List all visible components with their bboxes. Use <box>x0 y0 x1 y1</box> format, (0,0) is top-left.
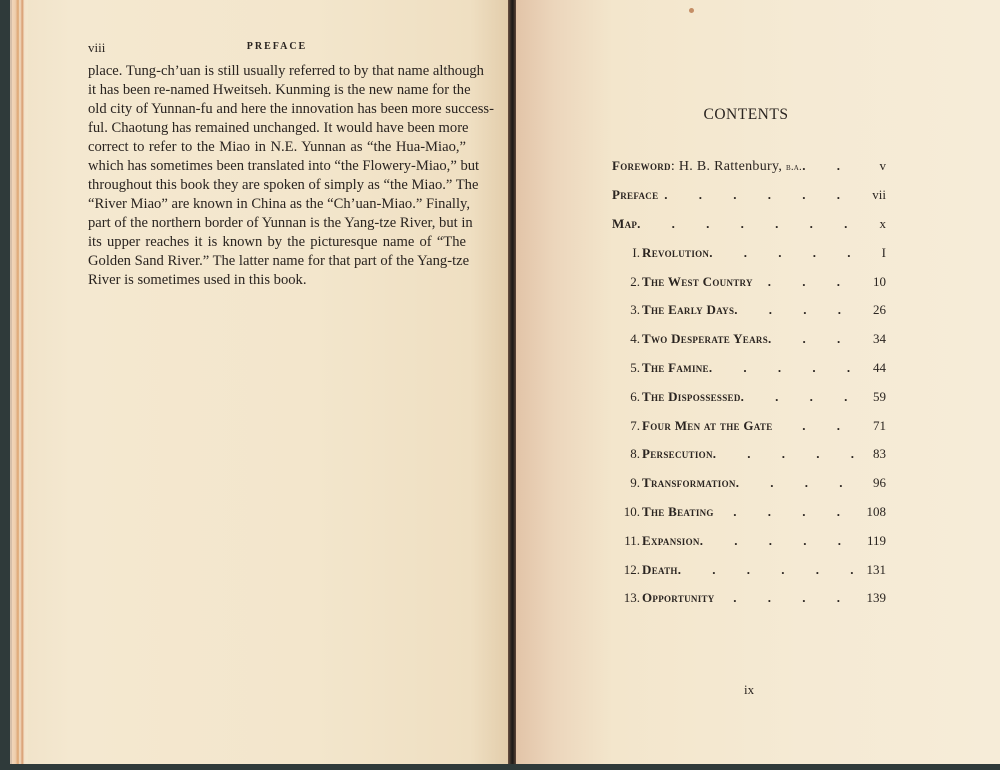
toc-page-number: 44 <box>864 360 886 376</box>
toc-number: 7. <box>612 418 642 434</box>
toc-entry-chapter-12[interactable]: 12. Death . . . . . . 131 <box>612 555 886 584</box>
toc-page-number: 119 <box>864 533 886 549</box>
toc-entry-chapter-10[interactable]: 10. The Beating . . . . 108 <box>612 498 886 527</box>
toc-label-suffix: : H. B. Rattenbury, <box>671 159 786 174</box>
toc-page-number: I <box>864 245 886 261</box>
toc-leader-dots: . . . . <box>714 504 864 520</box>
text-line: place. Tung-ch’uan is still usually refe… <box>88 62 466 81</box>
open-book-spread: viii PREFACE place. Tung-ch’uan is still… <box>0 0 1000 770</box>
toc-leader-dots: . . . . . . <box>658 187 864 203</box>
toc-label: Persecution <box>642 446 713 462</box>
toc-leader-dots: . . . <box>768 331 864 347</box>
toc-label: The Dispossessed <box>642 389 741 405</box>
toc-page-number: 71 <box>864 418 886 434</box>
text-line: correct to refer to the Miao in N.E. Yun… <box>88 138 466 157</box>
text-line: part of the northern border of Yunnan is… <box>88 214 466 233</box>
toc-label: Foreword: H. B. Rattenbury, b.a. <box>612 158 802 175</box>
toc-label: Expansion <box>642 533 700 549</box>
toc-entry-chapter-8[interactable]: 8. Persecution . . . . . 83 <box>612 440 886 469</box>
toc-number: 11. <box>612 533 642 549</box>
toc-label: The Beating <box>642 504 714 520</box>
toc-page-number: 34 <box>864 331 886 347</box>
toc-label-degree: b.a. <box>786 162 802 173</box>
toc-entry-chapter-11[interactable]: 11. Expansion . . . . . 119 <box>612 526 886 555</box>
running-head: viii PREFACE <box>88 40 466 58</box>
toc-number: 12. <box>612 562 642 578</box>
toc-entry-chapter-2[interactable]: 2. The West Country . . . 10 <box>612 267 886 296</box>
toc-entry-chapter-3[interactable]: 3. The Early Days . . . . . 26 <box>612 296 886 325</box>
toc-leader-dots: . . . <box>753 274 864 290</box>
toc-leader-dots: . . . . . <box>736 475 864 491</box>
toc-entry-chapter-6[interactable]: 6. The Dispossessed . . . . 59 <box>612 382 886 411</box>
toc-label: Death <box>642 562 678 578</box>
toc-leader-dots: . . . . . <box>700 533 864 549</box>
toc-leader-dots: . . . . . <box>713 446 864 462</box>
toc-label: Revolution <box>642 245 709 261</box>
bottom-edge <box>0 764 1000 770</box>
toc-page-number: 108 <box>864 504 886 520</box>
foxing-spot <box>689 8 694 13</box>
toc-number: I. <box>612 245 642 261</box>
toc-leader-dots: . . . . . . <box>709 245 864 261</box>
toc-leader-dots: . . . . . . . <box>637 216 864 232</box>
text-line: Golden Sand River.” The latter name for … <box>88 252 466 271</box>
running-head-title: PREFACE <box>88 41 466 52</box>
text-line: River is sometimes used in this book. <box>88 271 466 290</box>
toc-leader-dots: . . . . . . <box>709 360 864 376</box>
toc-leader-dots: . . . . <box>715 590 864 606</box>
toc-number: 10. <box>612 504 642 520</box>
toc-page-number: 96 <box>864 475 886 491</box>
toc-label: The Famine <box>642 360 709 376</box>
book-gutter <box>508 0 516 770</box>
toc-label: Map <box>612 216 637 232</box>
page-number-right: ix <box>744 682 754 698</box>
toc-number: 3. <box>612 302 642 318</box>
toc-page-number: x <box>864 216 886 232</box>
toc-number: 8. <box>612 446 642 462</box>
toc-label: Four Men at the Gate <box>642 418 773 434</box>
toc-page-number: 139 <box>864 590 886 606</box>
toc-leader-dots: . . <box>773 418 864 434</box>
page-edge-stack <box>10 0 28 766</box>
toc-number: 13. <box>612 590 642 606</box>
preface-paragraph: place. Tung-ch’uan is still usually refe… <box>88 62 466 290</box>
toc-leader-dots: . . . . <box>741 389 864 405</box>
toc-entry-map[interactable]: Map . . . . . . . x <box>612 210 886 239</box>
toc-entry-chapter-1[interactable]: I. Revolution . . . . . . I <box>612 238 886 267</box>
toc-page-number: 131 <box>864 562 886 578</box>
toc-number: 2. <box>612 274 642 290</box>
toc-leader-dots: . . <box>802 158 864 174</box>
text-line: it has been re-named Hweitseh. Kunming i… <box>88 81 466 100</box>
toc-entry-chapter-9[interactable]: 9. Transformation . . . . . 96 <box>612 469 886 498</box>
text-line: which has sometimes been translated into… <box>88 157 466 176</box>
toc-entry-preface[interactable]: Preface . . . . . . vii <box>612 181 886 210</box>
toc-entry-chapter-7[interactable]: 7. Four Men at the Gate . . 71 <box>612 411 886 440</box>
toc-entry-foreword[interactable]: Foreword: H. B. Rattenbury, b.a. . . v <box>612 152 886 181</box>
toc-page-number: 83 <box>864 446 886 462</box>
contents-heading: CONTENTS <box>516 106 976 124</box>
text-line: throughout this book they are spoken of … <box>88 176 466 195</box>
text-line: “River Miao” are known in China as the “… <box>88 195 466 214</box>
toc-label: The Early Days <box>642 302 734 318</box>
text-line: old city of Yunnan-fu and here the innov… <box>88 100 466 119</box>
text-line: ful. Chaotung has remained unchanged. It… <box>88 119 466 138</box>
toc-leader-dots: . . . . . . <box>678 562 864 578</box>
toc-page-number: v <box>864 158 886 174</box>
toc-label-text: Foreword <box>612 158 671 173</box>
toc-number: 4. <box>612 331 642 347</box>
table-of-contents: Foreword: H. B. Rattenbury, b.a. . . v P… <box>612 152 886 613</box>
toc-label: Two Desperate Years <box>642 331 768 347</box>
toc-page-number: vii <box>864 187 886 203</box>
text-line: its upper reaches it is known by the pic… <box>88 233 466 252</box>
toc-page-number: 59 <box>864 389 886 405</box>
toc-entry-chapter-5[interactable]: 5. The Famine . . . . . . 44 <box>612 354 886 383</box>
toc-leader-dots: . . . . . <box>734 302 864 318</box>
toc-page-number: 10 <box>864 274 886 290</box>
toc-entry-chapter-13[interactable]: 13. Opportunity . . . . 139 <box>612 584 886 613</box>
toc-label: The West Country <box>642 274 753 290</box>
toc-label: Preface <box>612 187 658 203</box>
toc-number: 6. <box>612 389 642 405</box>
toc-label: Transformation <box>642 475 736 491</box>
toc-number: 5. <box>612 360 642 376</box>
toc-number: 9. <box>612 475 642 491</box>
toc-entry-chapter-4[interactable]: 4. Two Desperate Years . . . 34 <box>612 325 886 354</box>
toc-label: Opportunity <box>642 590 715 606</box>
toc-page-number: 26 <box>864 302 886 318</box>
